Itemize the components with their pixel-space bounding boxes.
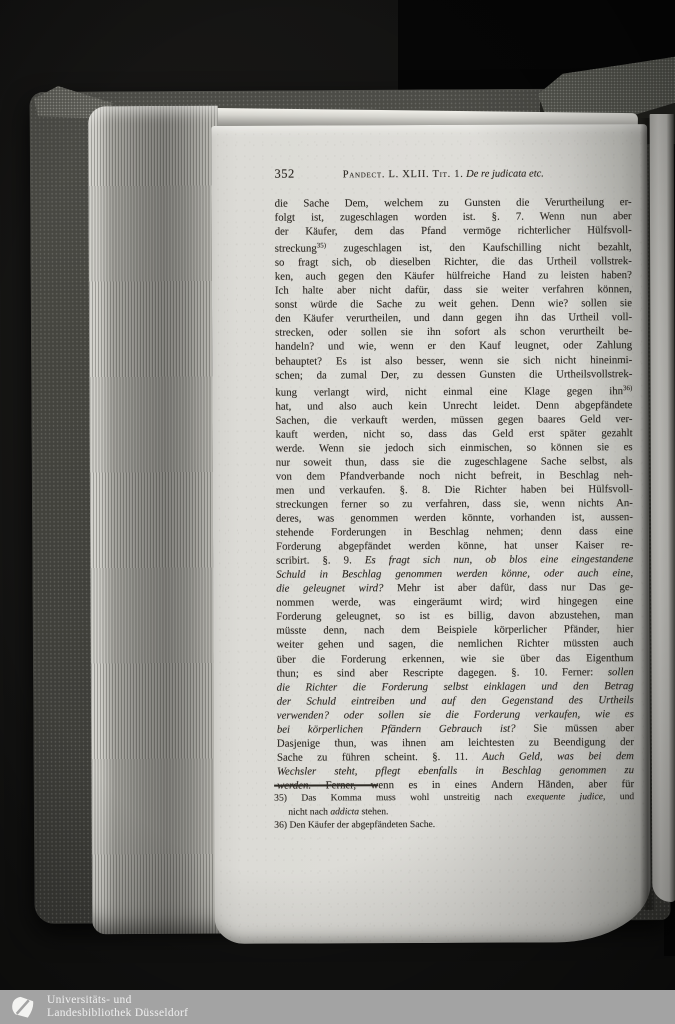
body-line: deres, was genommen werden könnte, vorha…: [276, 510, 633, 526]
footnote-line: 35) Das Komma muss wohl unstreitig nach …: [274, 790, 634, 805]
body-line: die Sache Dem, welchem zu Gunsten die Ve…: [275, 195, 632, 211]
body-line: ken, auch gegen den Käufer hülfreiche Ha…: [275, 268, 632, 284]
body-line: so fragt sich, ob dieselben Richter, die…: [275, 254, 632, 270]
body-line: men und verkaufen. §. 8. Die Richter hab…: [276, 482, 633, 498]
body-line: streckungen ferner so zu verfahren, dass…: [276, 496, 633, 512]
body-line: der Schuld eintreiben und auf den Gegens…: [277, 693, 634, 709]
body-line: nur soweit thun, dass sie die zugeschlag…: [276, 454, 633, 470]
body-line: nommen werde, was eingeräumt wird; wird …: [276, 594, 633, 610]
body-line: kung verlangt wird, nicht einmal eine Kl…: [275, 381, 632, 400]
body-line: Forderung geleugnet, so ist es billig, d…: [276, 608, 633, 624]
page-number: 352: [274, 167, 294, 182]
body-line: Forderung abgepfändet werden könne, hat …: [276, 538, 633, 554]
body-line: Ich halte aber nicht dafür, dass sie wei…: [275, 282, 632, 298]
body-line: der Käufer, dem das Pfand vermöge richte…: [275, 223, 632, 239]
body-line: von dem Pfandverbande noch nicht befreit…: [276, 468, 633, 484]
body-line: bei körperlichen Pfändern Gebrauch ist? …: [277, 721, 634, 737]
running-header: Pandect. L. XLII. Tit. 1. De re judicata…: [343, 169, 544, 181]
body-line: Wechsler steht, pflegt ebenfalls in Besc…: [277, 763, 634, 779]
body-line: stehende Forderungen in Beschlag nehmen;…: [276, 524, 633, 540]
body-line: verwenden? oder sollen sie die Forderung…: [277, 707, 634, 723]
body-line: strecken, oder sollen sie ihn sofort als…: [275, 325, 632, 341]
facing-page-edge: [650, 114, 675, 902]
library-watermark-bar: Universitäts- und Landesbibliothek Düsse…: [0, 990, 675, 1024]
body-line: die Richter die Forderung selbst einklag…: [277, 679, 634, 695]
footnote-line: 36) Den Käufer der abgepfändeten Sache.: [274, 817, 634, 832]
body-text: die Sache Dem, welchem zu Gunsten die Ve…: [275, 195, 635, 793]
footnotes: 35) Das Komma muss wohl unstreitig nach …: [274, 790, 634, 832]
body-line: Dasjenige thun, was ihnen am leichtesten…: [277, 735, 634, 751]
body-line: Sache zu führen scheint. §. 11. Auch Gel…: [277, 749, 634, 765]
body-line: die geleugnet wird? Mehr ist aber dafür,…: [276, 580, 633, 596]
body-line: den Käufer verurtheilen, und dann gegen …: [275, 310, 632, 326]
running-header-title: Pandect. L. XLII. Tit. 1.: [343, 169, 464, 181]
body-line: über die Forderung erkennen, wie sie übe…: [277, 651, 634, 667]
body-line: Sachen, die verkauft werden, müssen gege…: [275, 412, 632, 428]
body-line: thun; es sind aber Rescripte dagegen. §.…: [277, 665, 634, 681]
body-line: handeln? und wie, wenn er den Kauf leugn…: [275, 339, 632, 355]
book-page: 352 Pandect. L. XLII. Tit. 1. De re judi…: [211, 124, 651, 944]
body-line: müsste denn, nach dem Beispiele körperli…: [276, 623, 633, 639]
library-name-line2: Landesbibliothek Düsseldorf: [47, 1007, 188, 1021]
page-content: 352 Pandect. L. XLII. Tit. 1. De re judi…: [211, 124, 651, 944]
book-scan-photo: 352 Pandect. L. XLII. Tit. 1. De re judi…: [0, 0, 675, 1024]
body-line: schen; da zumal Der, zu dessen Gunsten d…: [275, 367, 632, 383]
page-stack-fore-edge: [88, 106, 222, 935]
body-line: hat, und also auch kein Unrecht leidet. …: [275, 398, 632, 414]
body-line: weiter gehen und sagen, die nemlichen Ri…: [276, 637, 633, 653]
body-line: kauft werden, nicht so, dass das Geld er…: [276, 426, 633, 442]
body-line: scribirt. §. 9. Es fragt sich nun, ob bl…: [276, 552, 633, 568]
body-line: streckung35) zugeschlagen ist, den Kaufs…: [275, 237, 632, 256]
body-line: werde. Wenn sie jedoch sich einmischen, …: [276, 440, 633, 456]
page-header: 352 Pandect. L. XLII. Tit. 1. De re judi…: [274, 165, 631, 182]
ulb-open-book-icon: [9, 994, 36, 1021]
library-name-line1: Universitäts- und: [47, 994, 188, 1008]
library-name: Universitäts- und Landesbibliothek Düsse…: [47, 994, 188, 1021]
body-line: sonst würde die Sache zu weit gehen. Den…: [275, 296, 632, 312]
body-line: folgt ist, zugeschlagen worden ist. §. 7…: [275, 209, 632, 225]
body-line: behauptet? Es ist also besser, wenn sie …: [275, 353, 632, 369]
body-line: Schuld in Beschlag genommen werden könne…: [276, 566, 633, 582]
running-header-latin: De re judicata etc.: [466, 169, 544, 180]
